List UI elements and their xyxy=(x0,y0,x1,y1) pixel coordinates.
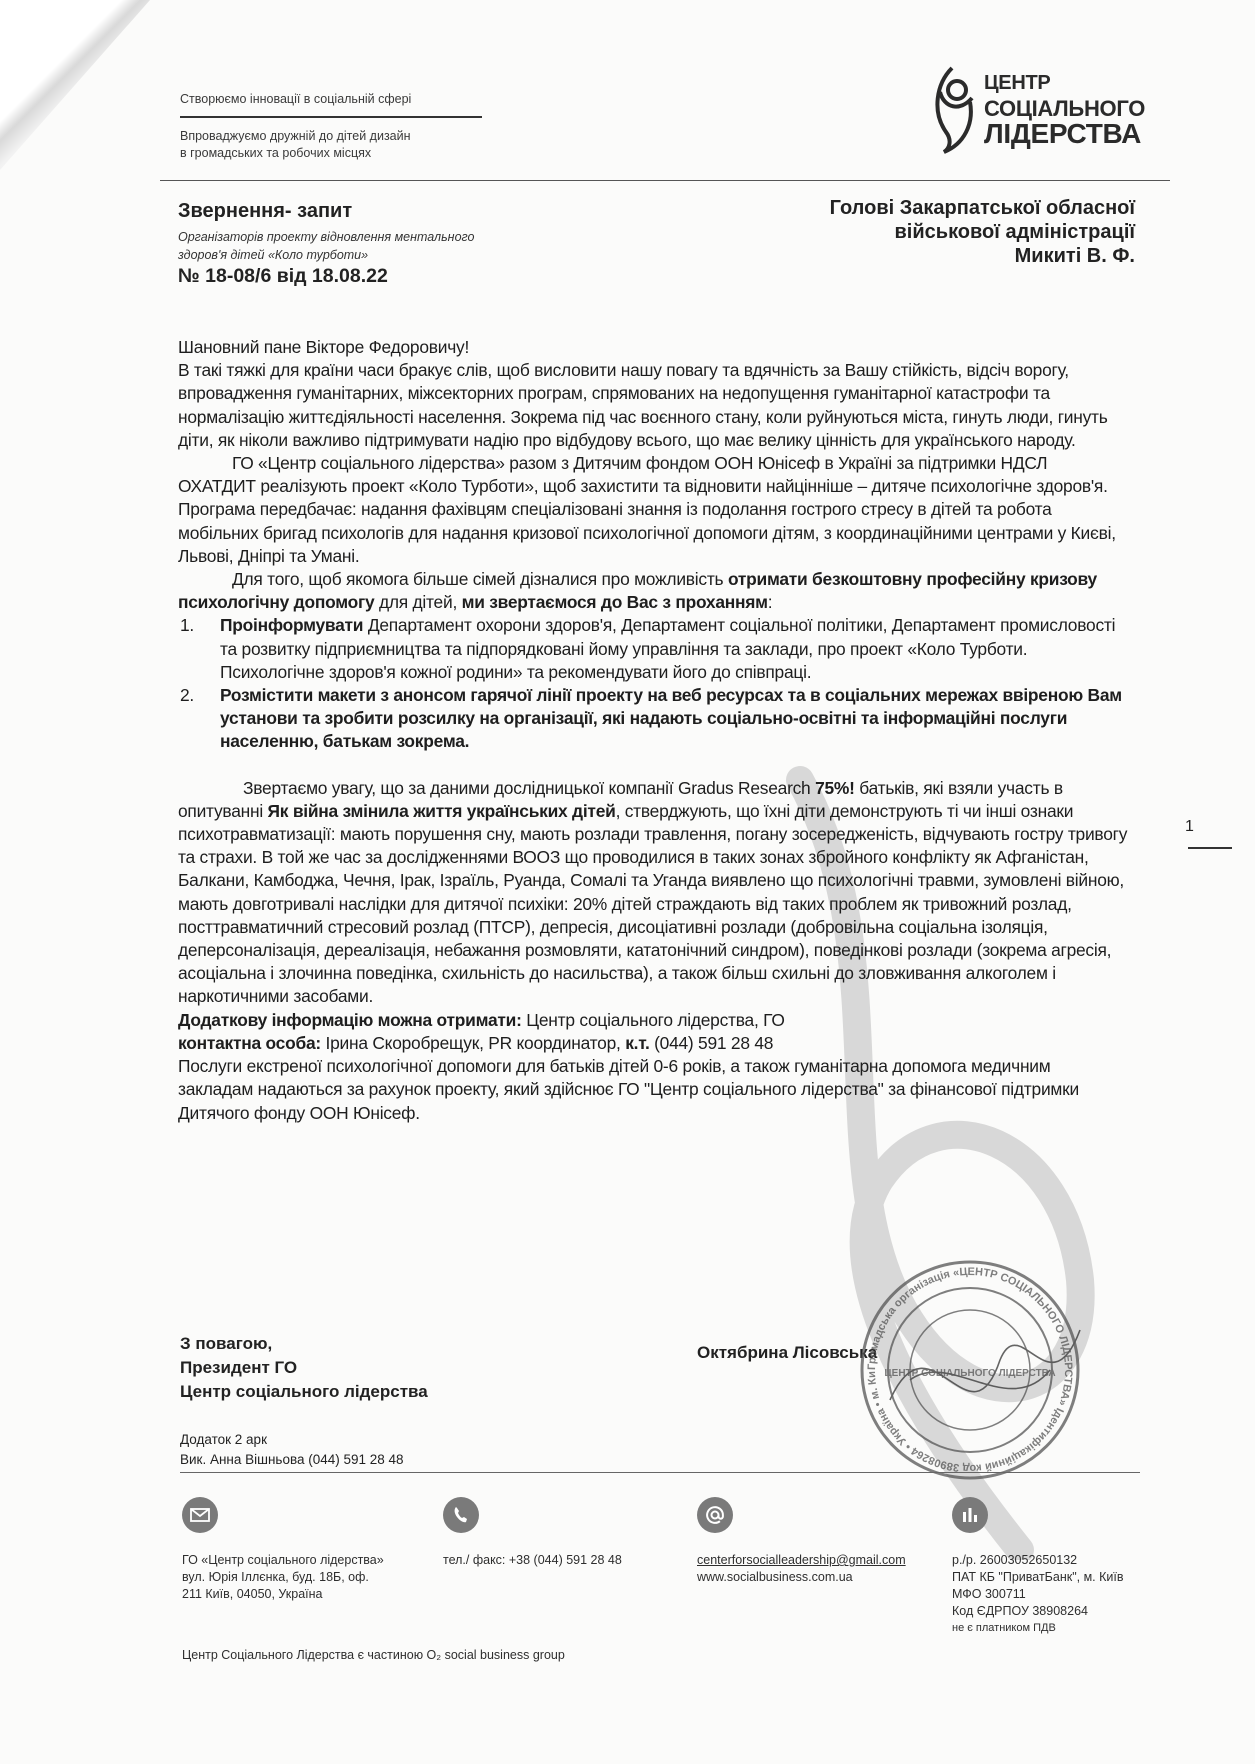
request-item-action: Проінформувати xyxy=(220,615,363,635)
request-item-action: Розмістити макети з анонсом гарячої ліні… xyxy=(220,685,1122,751)
page-number-underline xyxy=(1188,847,1232,849)
bank-mfo: МФО 300711 xyxy=(952,1586,1124,1603)
edrpou-code: Код ЄДРПОУ 38908264 xyxy=(952,1603,1124,1620)
tagline-design: Впроваджуємо дружній до дітей дизайн в г… xyxy=(180,128,411,162)
salutation: Шановний пане Вікторе Федоровичу! xyxy=(178,336,1128,359)
phone-value: (044) 591 28 48 xyxy=(650,1033,774,1053)
mail-icon xyxy=(182,1497,218,1533)
paragraph-research: Звертаємо увагу, що за даними дослідниць… xyxy=(178,777,1128,1009)
addressee-block: Голові Закарпатської обласної військової… xyxy=(830,196,1135,268)
attachment-count: Додаток 2 арк xyxy=(180,1430,404,1450)
request-item: 2. Розмістити макети з анонсом гарячої л… xyxy=(178,684,1128,754)
research-text-1: Звертаємо увагу, що за даними дослідниць… xyxy=(243,778,815,798)
bar-chart-icon xyxy=(952,1497,988,1533)
signer-organization: Центр соціального лідерства xyxy=(180,1380,428,1404)
header-divider xyxy=(160,180,1170,181)
logo-line-2: СОЦІАЛЬНОГО xyxy=(984,96,1145,121)
page-curl xyxy=(0,0,150,170)
request-subtitle-line-1: Організаторів проекту відновлення ментал… xyxy=(178,228,558,246)
logo-line-1: ЦЕНТР xyxy=(984,71,1145,96)
footer-address: ГО «Центр соціального лідерства» вул. Юр… xyxy=(182,1552,384,1603)
address-line-3: 211 Київ, 04050, Україна xyxy=(182,1586,384,1603)
vat-status: не є платником ПДВ xyxy=(952,1620,1124,1637)
footer-phone: тел./ факс: +38 (044) 591 28 48 xyxy=(443,1552,622,1569)
footer-bank-details: р./р. 26003052650132 ПАТ КБ "ПриватБанк"… xyxy=(952,1552,1124,1637)
tagline-design-line-1: Впроваджуємо дружній до дітей дизайн xyxy=(180,128,411,145)
tagline-divider xyxy=(180,116,482,118)
research-stat: 75%! xyxy=(815,778,855,798)
research-survey-title: Як війна змінила життя українських дітей xyxy=(268,801,616,821)
group-membership-note: Центр Соціального Лідерства є частиною O… xyxy=(182,1648,565,1662)
person-in-flame-icon xyxy=(930,62,978,154)
attachments-note: Додаток 2 арк Вик. Анна Вішньова (044) 5… xyxy=(180,1430,404,1470)
request-subtitle-line-2: здоров'я дітей «Коло турботи» xyxy=(178,246,558,264)
tagline-design-line-2: в громадських та робочих місцях xyxy=(180,145,411,162)
page-number: 1 xyxy=(1185,818,1194,836)
request-intro-colon: : xyxy=(768,592,773,612)
request-title: Звернення- запит xyxy=(178,200,352,223)
request-item: 1. Проінформувати Департамент охорони зд… xyxy=(178,614,1128,684)
signature-block: З повагою, Президент ГО Центр соціальног… xyxy=(180,1332,428,1404)
paragraph-funding: Послуги екстреної психологічної допомоги… xyxy=(178,1055,1128,1125)
bank-account: р./р. 26003052650132 xyxy=(952,1552,1124,1569)
contact-label: контактна особа: xyxy=(178,1033,321,1053)
request-intro-appeal: ми звертаємося до Вас з проханням xyxy=(462,592,768,612)
phone-label: к.т. xyxy=(625,1033,649,1053)
request-subtitle: Організаторів проекту відновлення ментал… xyxy=(178,228,558,264)
stamp-outer-text: Громадська організація «ЦЕНТР СОЦІАЛЬНОГ… xyxy=(850,1250,1074,1474)
logo-wordmark: ЦЕНТР СОЦІАЛЬНОГО ЛІДЕРСТВА xyxy=(984,71,1145,146)
paragraph-project: ГО «Центр соціального лідерства» разом з… xyxy=(178,452,1128,568)
research-text-3: , стверджують, що їхні діти демонструють… xyxy=(178,801,1127,1007)
request-number: № 18-08/6 від 18.08.22 xyxy=(178,265,388,288)
request-intro-text: Для того, щоб якомога більше сімей дізна… xyxy=(232,569,728,589)
email-link[interactable]: centerforsocialleadership@gmail.com xyxy=(697,1553,906,1567)
svg-text:Громадська організація «ЦЕНТР: Громадська організація «ЦЕНТР СОЦІАЛЬНОГ… xyxy=(850,1250,1074,1474)
at-sign-icon xyxy=(697,1497,733,1533)
request-list: 1. Проінформувати Департамент охорони зд… xyxy=(178,614,1128,753)
address-line-2: вул. Юрія Іллєнка, буд. 18Б, оф. xyxy=(182,1569,384,1586)
letter-body: Шановний пане Вікторе Федоровичу! В такі… xyxy=(178,336,1128,1125)
closing: З повагою, xyxy=(180,1332,428,1356)
phone-icon xyxy=(443,1497,479,1533)
bank-name: ПАТ КБ "ПриватБанк", м. Київ xyxy=(952,1569,1124,1586)
request-item-number: 2. xyxy=(180,684,194,707)
request-intro-text-2: для дітей, xyxy=(374,592,461,612)
addressee-line-1: Голові Закарпатської обласної xyxy=(830,196,1135,220)
address-line-1: ГО «Центр соціального лідерства» xyxy=(182,1552,384,1569)
phone-fax: тел./ факс: +38 (044) 591 28 48 xyxy=(443,1552,622,1569)
logo-line-3: ЛІДЕРСТВА xyxy=(984,121,1145,146)
addressee-line-2: військової адміністрації xyxy=(830,220,1135,244)
footer-online: centerforsocialleadership@gmail.com www.… xyxy=(697,1552,906,1586)
website-link[interactable]: www.socialbusiness.com.ua xyxy=(697,1569,906,1586)
paragraph-gratitude: В такі тяжкі для країни часи бракує слів… xyxy=(178,359,1128,452)
info-value: Центр соціального лідерства, ГО xyxy=(522,1010,785,1030)
stamp-inner-text: ЦЕНТР СОЦІАЛЬНОГО ЛІДЕРСТВА xyxy=(884,1368,1055,1379)
executor-contact: Вик. Анна Вішньова (044) 591 28 48 xyxy=(180,1450,404,1470)
addressee-name: Микиті В. Ф. xyxy=(830,244,1135,268)
info-line: Додаткову інформацію можна отримати: Цен… xyxy=(178,1009,1128,1032)
tagline-innovations: Створюємо інновації в соціальній сфері xyxy=(180,92,411,106)
signer-position: Президент ГО xyxy=(180,1356,428,1380)
contact-value: Ірина Скоробрещук, PR координатор, xyxy=(321,1033,625,1053)
info-label: Додаткову інформацію можна отримати: xyxy=(178,1010,522,1030)
org-logo: ЦЕНТР СОЦІАЛЬНОГО ЛІДЕРСТВА xyxy=(930,62,1145,154)
contact-line: контактна особа: Ірина Скоробрещук, PR к… xyxy=(178,1032,1128,1055)
footer-divider xyxy=(180,1472,1140,1473)
official-stamp: Громадська організація «ЦЕНТР СОЦІАЛЬНОГ… xyxy=(850,1250,1090,1490)
paragraph-request-intro: Для того, щоб якомога більше сімей дізна… xyxy=(178,568,1128,614)
request-item-number: 1. xyxy=(180,614,194,637)
